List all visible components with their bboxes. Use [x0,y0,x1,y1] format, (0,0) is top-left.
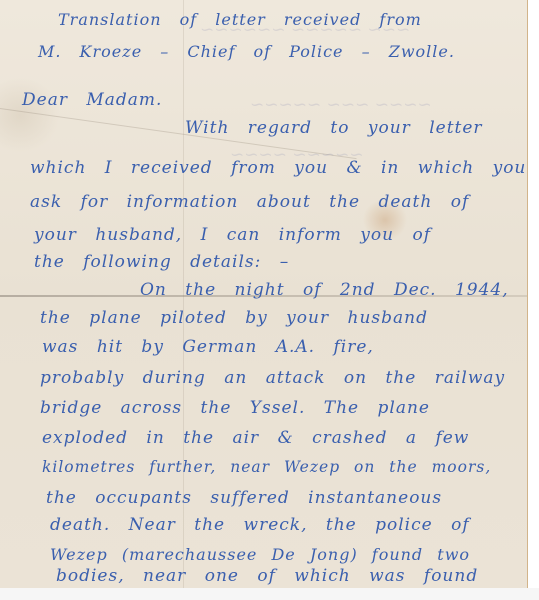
body-line: the occupants suffered instantaneous [46,488,442,508]
letter-paper: ~~~ ~~~~~ ~~~~~~ ~~~~ ~~~ ~~~~~ ~~~~~ ~~… [0,0,528,588]
body-line: was hit by German A.A. fire, [42,337,374,357]
body-line: the plane piloted by your husband [40,308,428,328]
body-line: bridge across the Yssel. The plane [40,398,430,418]
body-line: kilometres further, near Wezep on the mo… [42,458,491,476]
body-line: With regard to your letter [185,118,483,138]
body-line: bodies, near one of which was found [56,566,478,586]
bleed-through-text: ~~~~ ~~~ ~~~~~ [250,95,432,115]
body-line: your husband, I can inform you of [34,225,431,245]
body-line: which I received from you & in which you [30,158,526,178]
body-line: ask for information about the death of [30,192,469,212]
body-line: On the night of 2nd Dec. 1944, [140,280,509,300]
body-line: exploded in the air & crashed a few [42,428,469,448]
body-line: probably during an attack on the railway [40,368,505,388]
body-line: the following details: – [34,252,289,272]
salutation: Dear Madam. [22,90,162,110]
scan-margin [0,588,539,600]
body-line: Wezep (marechaussee De Jong) found two [50,545,470,564]
body-line: death. Near the wreck, the police of [50,515,470,535]
heading-line-1: Translation of letter received from [58,10,422,29]
heading-line-2: M. Kroeze – Chief of Police – Zwolle. [38,42,455,61]
